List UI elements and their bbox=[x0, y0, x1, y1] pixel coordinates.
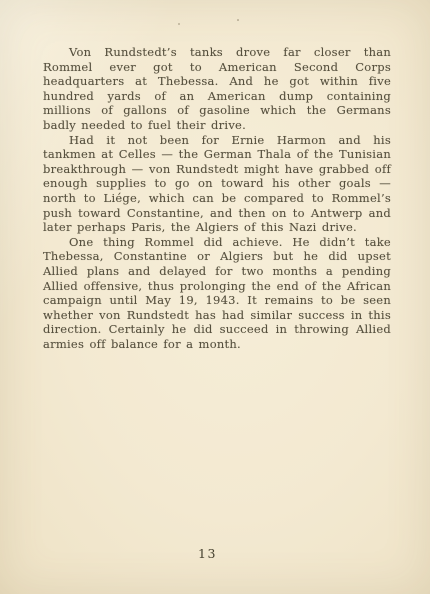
book-page: Von Rundstedt’s tanks drove far closer t… bbox=[0, 0, 430, 594]
paper-speckle bbox=[178, 23, 180, 25]
paragraph-3: One thing Rommel did achieve. He didn’t … bbox=[43, 235, 391, 352]
paragraph-2: Had it not been for Ernie Harmon and his… bbox=[43, 133, 391, 235]
body-text: Von Rundstedt’s tanks drove far closer t… bbox=[43, 45, 391, 351]
paper-speckle bbox=[237, 19, 239, 21]
paragraph-1: Von Rundstedt’s tanks drove far closer t… bbox=[43, 45, 391, 133]
page-number: 13 bbox=[30, 546, 385, 561]
